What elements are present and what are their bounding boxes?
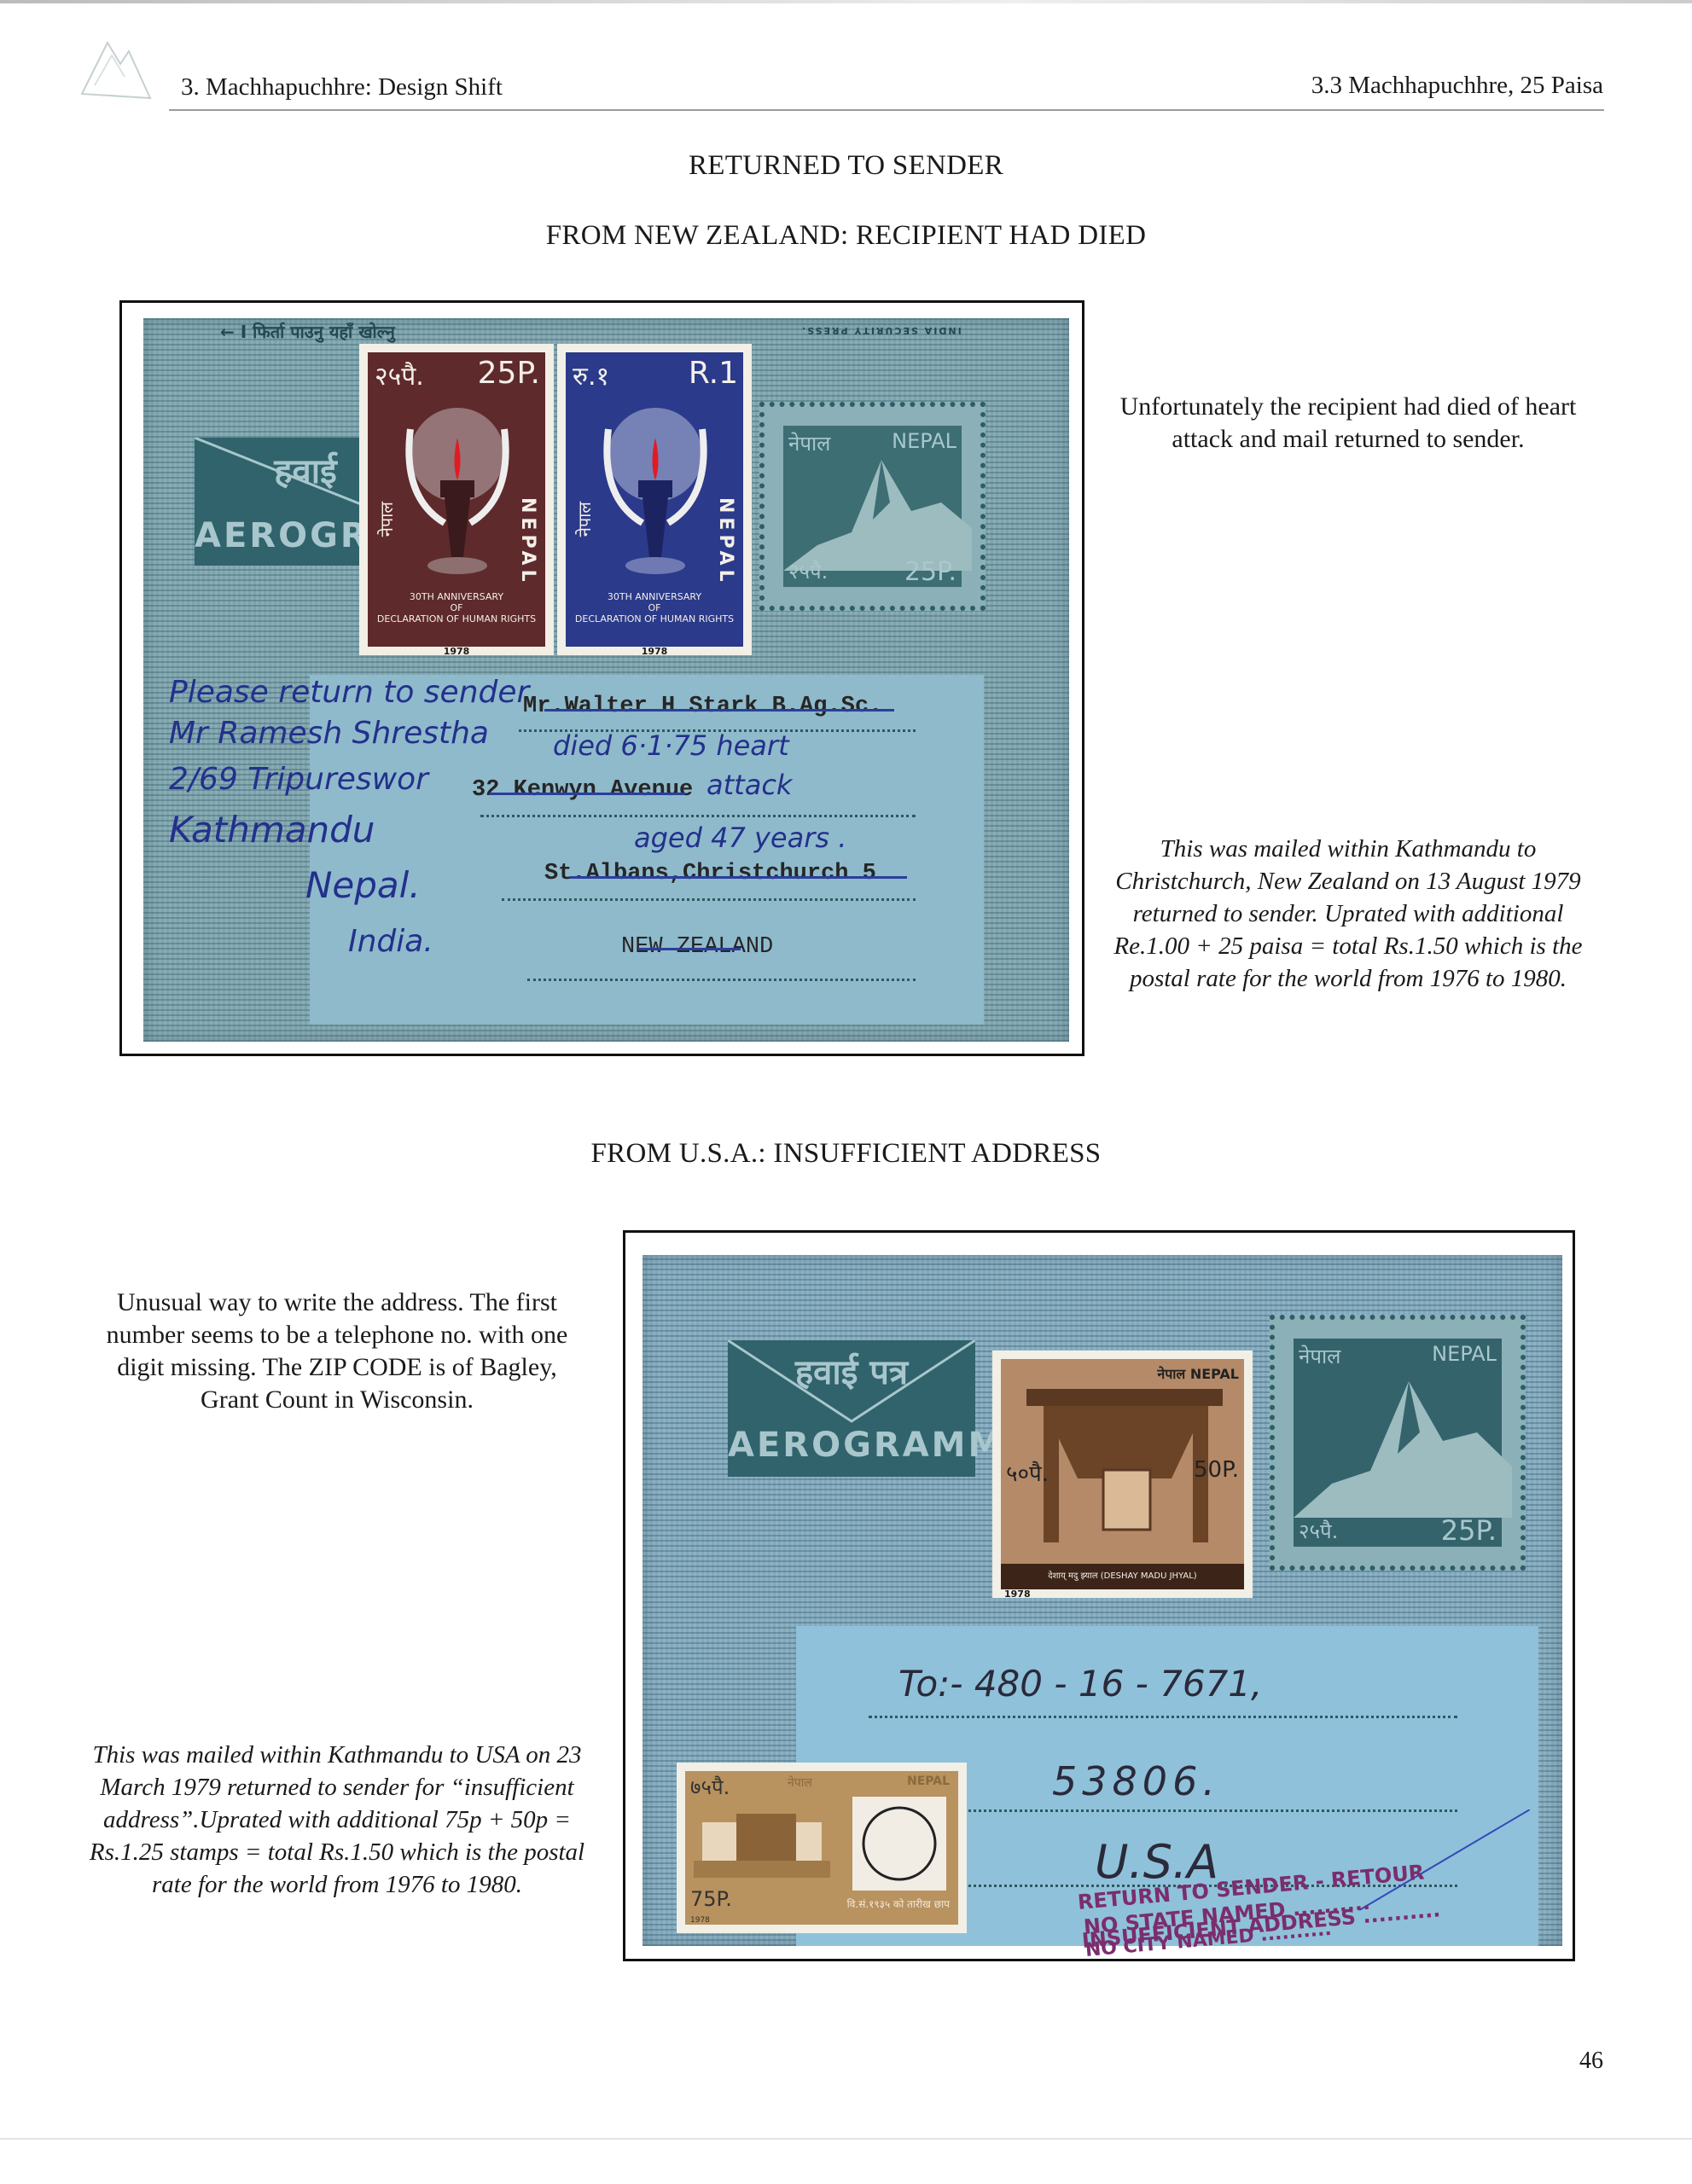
aerogramme-new-zealand: ← I फिर्ता पाउनु यहाँ खोल्नु INDIA SECUR… <box>143 318 1069 1042</box>
cover-frame-usa: हवाई पत्र AEROGRAMME नेपाल NEPAL ५०पै. 5… <box>623 1230 1575 1961</box>
sender-line-2: Mr Ramesh Shrestha <box>169 716 489 751</box>
circular-postmark-icon <box>852 1797 946 1891</box>
aerogramme-usa: हवाई पत्र AEROGRAMME नेपाल NEPAL ५०पै. 5… <box>642 1255 1562 1946</box>
note-mailing-details-usa: This was mailed within Kathmandu to USA … <box>81 1739 593 1901</box>
stamp-date-postmark-75p: ७५पै. नेपाल NEPAL 75P. वि.सं.१९३५ को तार… <box>677 1763 967 1933</box>
note-mailing-details-nz: This was mailed within Kathmandu to Chri… <box>1109 833 1587 995</box>
chapter-title: 3. Machhapuchhre: Design Shift <box>181 73 503 102</box>
scan-bottom-edge <box>0 2138 1692 2140</box>
death-note-line-1: died 6·1·75 heart <box>553 729 789 762</box>
building-icon <box>694 1805 830 1882</box>
section-heading-usa: FROM U.S.A.: INSUFFICIENT ADDRESS <box>0 1138 1692 1170</box>
sender-line-6: India. <box>348 924 433 959</box>
scan-top-edge <box>0 0 1692 3</box>
open-here-label: ← I फिर्ता पाउनु यहाँ खोल्नु <box>220 320 395 343</box>
address-line-2: 53806. <box>1052 1758 1220 1804</box>
aerogramme-logo: हवाई पत्र AEROGRAMME <box>728 1340 975 1477</box>
page-title: RETURNED TO SENDER <box>0 150 1692 182</box>
printer-imprint: INDIA SECURITY PRESS. <box>800 325 962 336</box>
sender-line-5: Nepal. <box>305 864 421 906</box>
section-title: 3.3 Machhapuchhre, 25 Paisa <box>1311 72 1603 100</box>
recipient-country: NEW ZEALAND <box>621 934 773 960</box>
address-line-1: To:- 480 - 16 - 7671, <box>898 1663 1262 1705</box>
un-emblem-torch-icon <box>591 395 719 583</box>
death-note-line-2: attack <box>706 769 792 801</box>
stamp-human-rights-25p: २५पै. 25P. NEPAL नेपाल 30TH ANNIVERSARY … <box>359 344 554 655</box>
sender-line-1: Please return to sender <box>169 675 529 710</box>
pen-stroke-mark <box>1359 1809 1530 1912</box>
recipient-city: St.Albans,Christchurch 5 <box>544 861 876 886</box>
stamp-human-rights-1r: रु.१ R.1 NEPAL नेपाल 30TH ANNIVERSARY OF… <box>557 344 752 655</box>
death-note-line-3: aged 47 years . <box>634 822 846 854</box>
sender-line-4: Kathmandu <box>169 809 375 851</box>
recipient-name: Mr.Walter H Stark B.Ag.Sc. <box>523 694 882 719</box>
indicium-machhapuchhre-25p: नेपाल NEPAL २५पै. 25P. <box>1270 1315 1526 1571</box>
section-heading-new-zealand: FROM NEW ZEALAND: RECIPIENT HAD DIED <box>0 220 1692 252</box>
indicium-machhapuchhre-25p: नेपाल NEPAL २५पै. 25P. <box>759 402 986 611</box>
un-emblem-torch-icon <box>393 395 521 583</box>
recipient-street: 32 Kenwyn Avenue <box>472 777 693 803</box>
aerogramme-logo: हवाई AEROGR <box>195 438 365 566</box>
mountain-icon <box>1294 1373 1512 1518</box>
stamp-deshay-madu-jhyal-50p: नेपाल NEPAL ५०पै. 50P. देशाय् मदु झ्याल … <box>992 1350 1253 1598</box>
page-number: 46 <box>1579 2047 1603 2075</box>
note-unusual-address: Unusual way to write the address. The fi… <box>94 1287 580 1416</box>
header-divider <box>169 109 1604 111</box>
mountain-icon <box>783 451 972 571</box>
sender-line-3: 2/69 Tripureswor <box>169 762 428 797</box>
mountain-crest-icon <box>73 26 159 111</box>
cover-frame-new-zealand: ← I फिर्ता पाउनु यहाँ खोल्नु INDIA SECUR… <box>119 300 1084 1056</box>
note-recipient-died: Unfortunately the recipient had died of … <box>1109 391 1587 456</box>
